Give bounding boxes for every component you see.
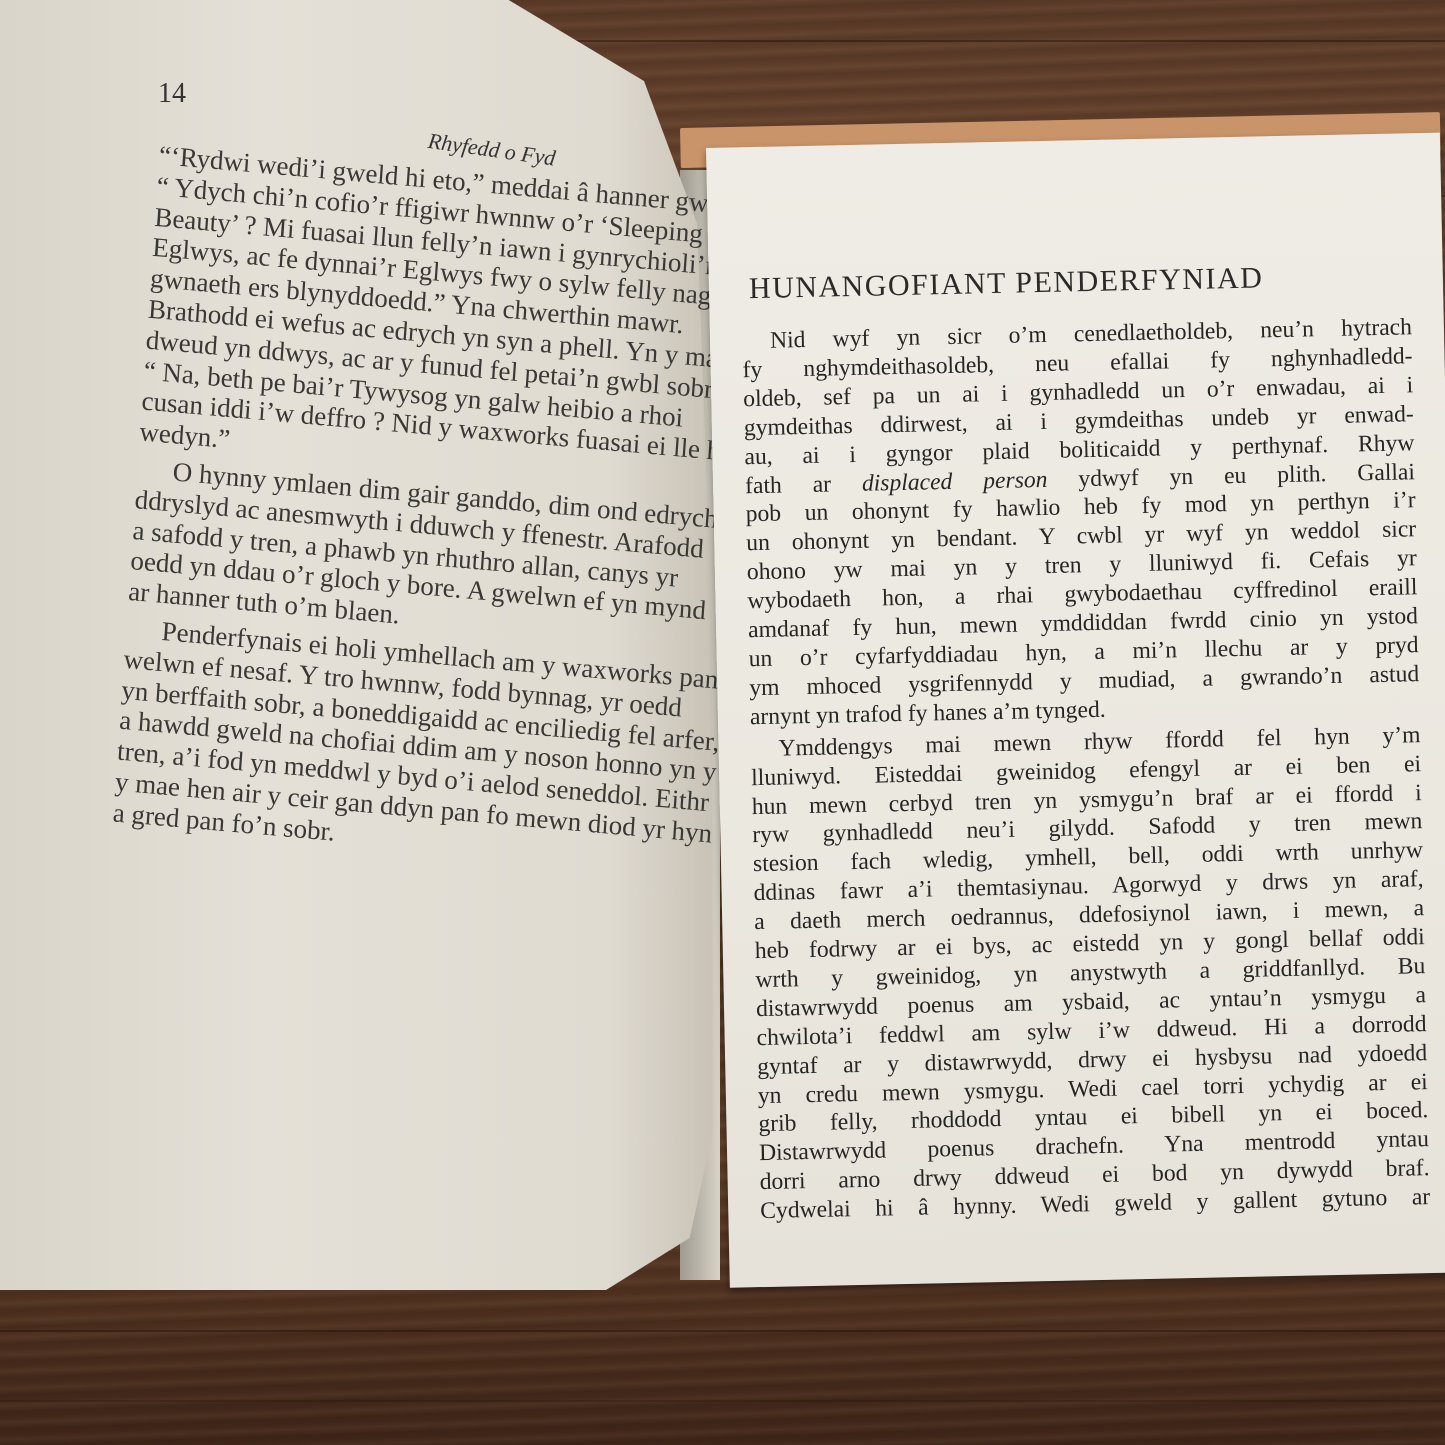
page-number: 14 (158, 78, 186, 110)
right-page-text: Nid wyf yn sicr o’m cenedlaetholdeb, neu… (742, 313, 1431, 1226)
wood-grain (0, 1400, 1445, 1402)
italic-phrase: displaced person (862, 466, 1048, 496)
wood-grain (0, 1330, 1445, 1332)
left-page-text: “‘Rydwi wedi’i gweld hi eto,” meddai â h… (112, 140, 698, 875)
right-page: HUNANGOFIANT PENDERFYNIAD Nid wyf yn sic… (706, 133, 1445, 1288)
chapter-title: HUNANGOFIANT PENDERFYNIAD (749, 261, 1264, 306)
